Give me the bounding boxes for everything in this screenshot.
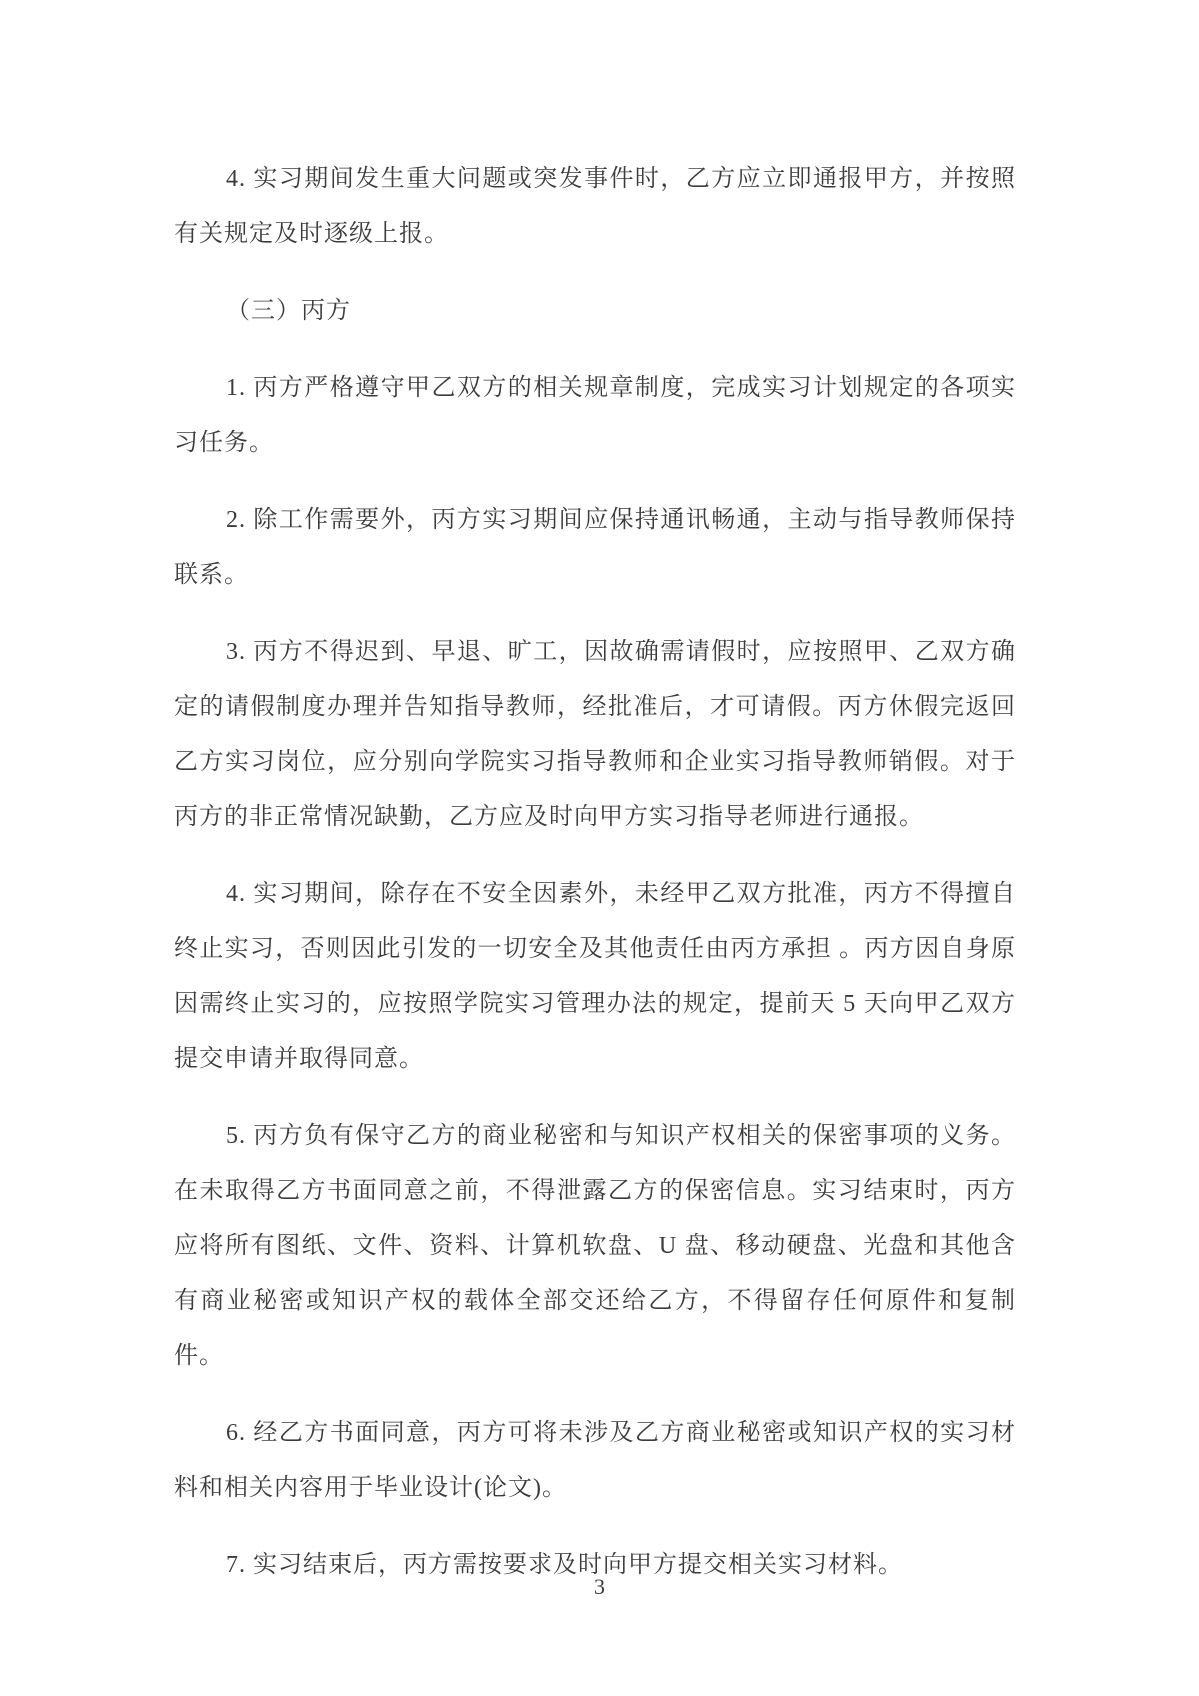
page-number: 3 xyxy=(0,1572,1199,1602)
paragraph-clause-1: 1. 丙方严格遵守甲乙双方的相关规章制度，完成实习计划规定的各项实习任务。 xyxy=(174,361,1016,471)
paragraph-clause-6: 6. 经乙方书面同意，丙方可将未涉及乙方商业秘密或知识产权的实习材料和相关内容用… xyxy=(174,1406,1016,1516)
section-heading-party-c: （三）丙方 xyxy=(174,284,1016,339)
document-body: 4. 实习期间发生重大问题或突发事件时，乙方应立即通报甲方，并按照有关规定及时逐… xyxy=(174,152,1016,1615)
document-page: 4. 实习期间发生重大问题或突发事件时，乙方应立即通报甲方，并按照有关规定及时逐… xyxy=(0,0,1199,1696)
paragraph-item-4-continued: 4. 实习期间发生重大问题或突发事件时，乙方应立即通报甲方，并按照有关规定及时逐… xyxy=(174,152,1016,262)
paragraph-clause-2: 2. 除工作需要外，丙方实习期间应保持通讯畅通，主动与指导教师保持联系。 xyxy=(174,493,1016,603)
paragraph-clause-5: 5. 丙方负有保守乙方的商业秘密和与知识产权相关的保密事项的义务。在未取得乙方书… xyxy=(174,1109,1016,1384)
paragraph-clause-4: 4. 实习期间，除存在不安全因素外，未经甲乙双方批准，丙方不得擅自终止实习，否则… xyxy=(174,867,1016,1087)
paragraph-clause-3: 3. 丙方不得迟到、早退、旷工，因故确需请假时，应按照甲、乙双方确定的请假制度办… xyxy=(174,625,1016,845)
